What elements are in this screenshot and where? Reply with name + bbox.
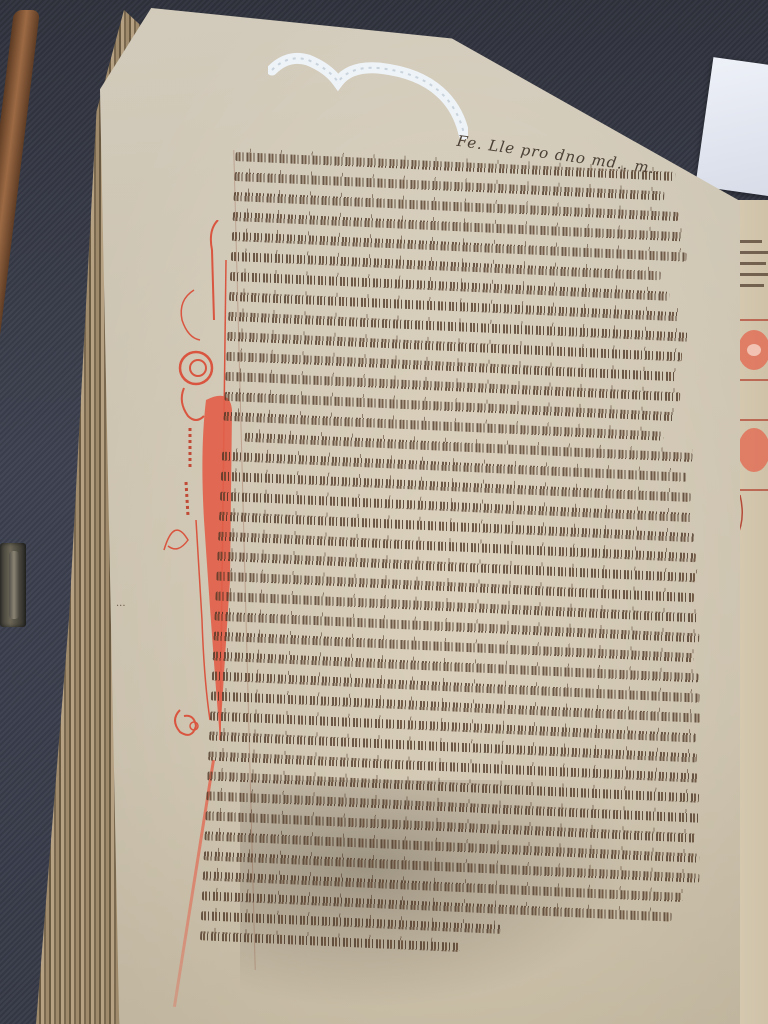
- manuscript-text-block: ...tualia possidetes talibz libertatibz …: [200, 146, 746, 968]
- white-cord-bookmark: [268, 52, 468, 142]
- pencil-mark: ...: [116, 598, 126, 609]
- metal-clasp: [0, 543, 26, 627]
